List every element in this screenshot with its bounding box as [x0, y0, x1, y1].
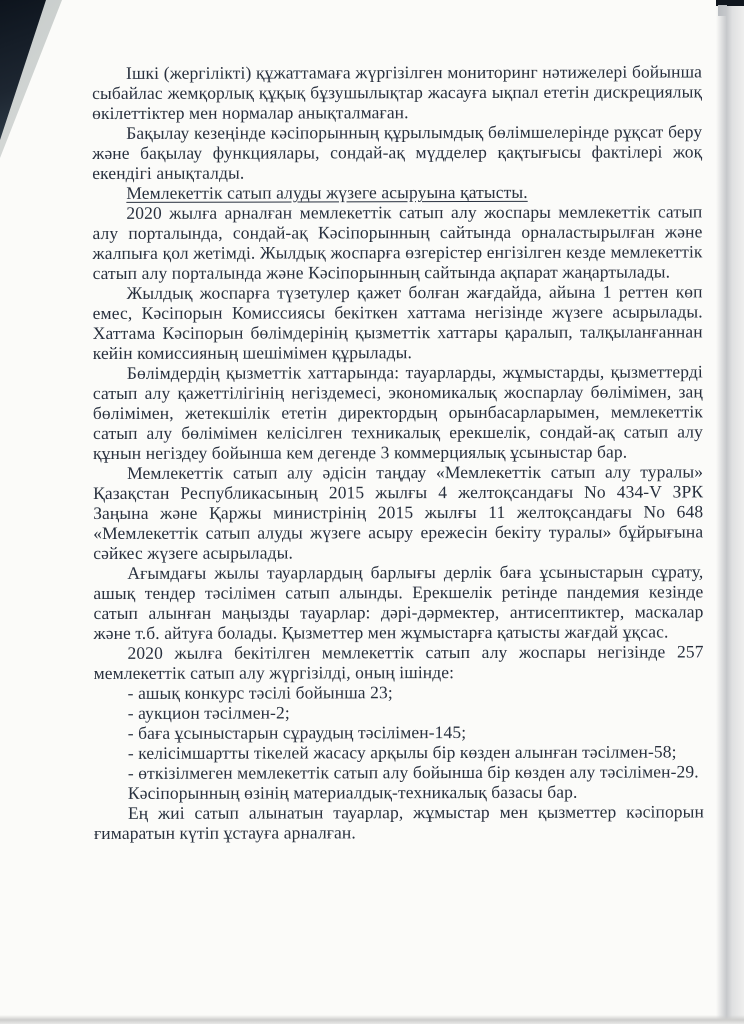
paragraph-department-letters: Бөлімдердің қызметтік хаттарында: тауарл…: [93, 361, 703, 463]
scanner-background-wedge-top-left: [0, 0, 46, 140]
paragraph-annual-plan-adjustments: Жылдық жоспарға түзетулер қажет болған ж…: [93, 281, 703, 363]
list-item-auction-2: - аукцион тәсілмен-2;: [94, 701, 704, 723]
page-edge-shadow-bottom: [0, 1015, 744, 1024]
paragraph-monitoring-results: Ішкі (жергілікті) құжаттамаға жүргізілге…: [92, 61, 702, 123]
page-edge-shadow-right: [716, 6, 744, 1024]
list-item-open-tender-23: - ашық конкурс тәсілі бойынша 23;: [94, 681, 704, 703]
scanned-page: Ішкі (жергілікті) құжаттамаға жүргізілге…: [0, 0, 744, 1024]
list-item-price-quotes-145: - баға ұсыныстарын сұраудың тәсілімен-14…: [94, 721, 704, 743]
paragraph-procurement-plan-2020: 2020 жылға арналған мемлекеттік сатып ал…: [92, 201, 702, 283]
paragraph-current-year-purchases: Ағымдағы жылы тауарлардың барлығы дерлік…: [93, 561, 703, 643]
list-item-single-source-58: - келісімшартты тікелей жасасу арқылы бі…: [94, 741, 704, 763]
list-item-single-source-29: - өткізілмеген мемлекеттік сатып алу бой…: [94, 761, 704, 783]
paragraph-procurement-method-law: Мемлекеттік сатып алу әдісін таңдау «Мем…: [93, 461, 703, 563]
document-text: Ішкі (жергілікті) құжаттамаға жүргізілге…: [92, 61, 704, 843]
paragraph-material-technical-base: Кәсіпорынның өзінің материалдық-техникал…: [94, 781, 704, 803]
paragraph-frequent-purchases: Ең жиі сатып алынатын тауарлар, жұмыстар…: [94, 801, 704, 843]
paragraph-control-period: Бақылау кезеңінде кәсіпорынның құрылымды…: [92, 121, 702, 183]
paragraph-procurement-count-257: 2020 жылға бекітілген мемлекеттік сатып …: [94, 641, 704, 683]
section-heading-text: Мемлекеттік сатып алуды жүзеге асыруына …: [126, 182, 527, 203]
section-heading-public-procurement: Мемлекеттік сатып алуды жүзеге асыруына …: [92, 181, 702, 203]
